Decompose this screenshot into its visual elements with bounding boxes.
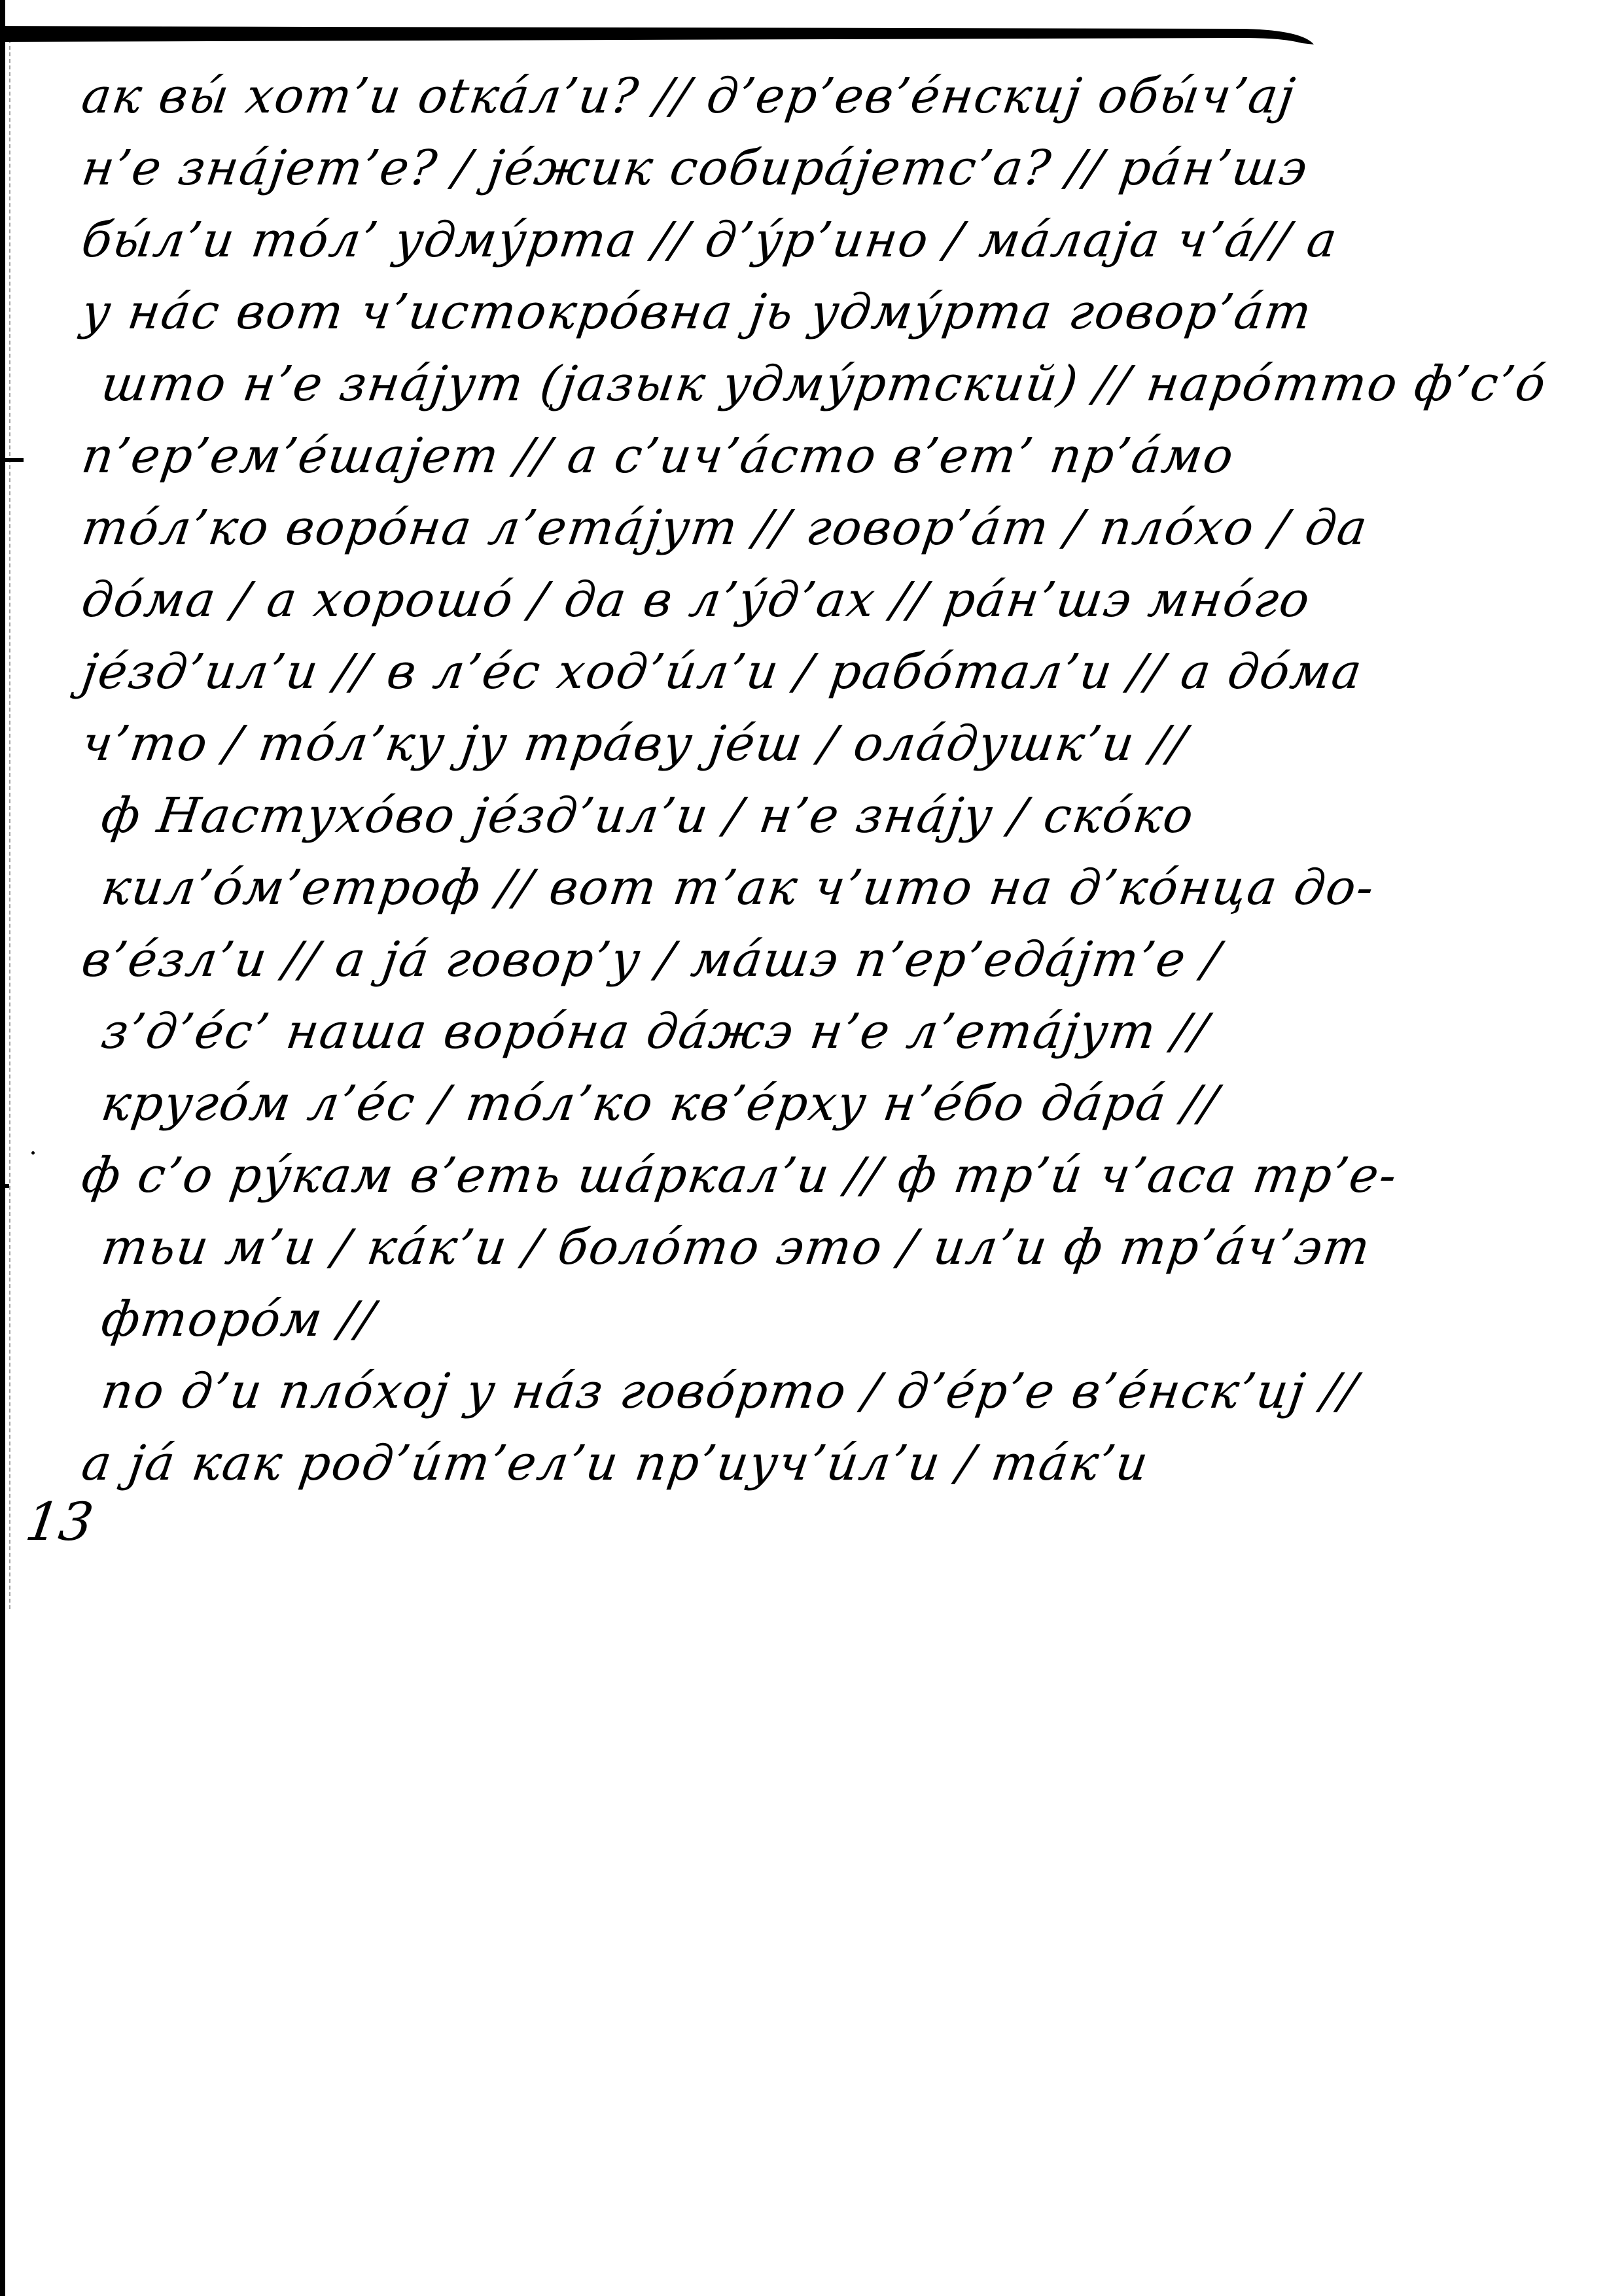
scanned-page: ак вы́ хот’и оtка́л’и? // д’ер’ев’е́нски… [0, 0, 1607, 2296]
text-line-5: што н’е зна́jут (jазык удму́ртский) // н… [77, 348, 1330, 420]
text-line-17: тьи м’и / ка́к’и / боло́то это / ил’и ф … [77, 1211, 1330, 1283]
text-line-13: в’е́зл’и // а jа́ говор’у / ма́шэ п’ер’е… [77, 924, 1330, 996]
scan-edge-dashes [9, 39, 12, 1609]
text-line-18: фторо́м // [77, 1283, 1330, 1355]
text-line-2: н’е зна́jет’е? / jе́жик собира́jетс’а? /… [77, 132, 1330, 204]
text-line-15: круго́м л’е́с / то́л’ко кв’е́рху н’е́бо … [77, 1068, 1330, 1139]
text-line-19: по д’и пло́хоj у на́з гово́рто / д’е́р’е… [77, 1355, 1330, 1427]
margin-mark [0, 1184, 9, 1188]
text-line-10: ч’то / то́л’ку jу тра́ву jéш / ола́душк’… [77, 708, 1330, 780]
scan-edge-left [0, 0, 5, 2296]
top-border-rule [0, 25, 1315, 44]
margin-page-number: 13 [22, 1491, 97, 1552]
text-line-3: бы́л’и то́л’ удму́рта // д’у́р’ино / ма́… [77, 204, 1330, 276]
text-line-9: jе́зд’ил’и // в л’е́с ход’и́л’и / рабо́т… [77, 636, 1330, 708]
scan-speck [31, 1151, 35, 1155]
text-line-16: ф с’о ру́кам в’еть ша́ркал’и // ф тр’и́ … [77, 1139, 1330, 1211]
text-line-7: то́л’ко воро́на л’ета́jут // говор’а́т /… [77, 492, 1330, 564]
text-line-11: ф Настухо́во jе́зд’ил’и / н’е зна́jу / с… [77, 780, 1330, 852]
margin-mark [0, 458, 24, 462]
handwritten-text-block: ак вы́ хот’и оtка́л’и? // д’ер’ев’е́нски… [77, 60, 1320, 1499]
text-line-6: п’ер’ем’е́шаjет // а с’ич’а́сто в’ет’ пр… [77, 420, 1330, 492]
text-line-4: у на́с вот ч’истокро́вна jь удму́рта гов… [77, 276, 1330, 348]
text-line-12: кил’о́м’етроф // вот т’ак ч’ито на д’ко́… [77, 852, 1330, 924]
text-line-1: ак вы́ хот’и оtка́л’и? // д’ер’ев’е́нски… [77, 60, 1330, 132]
text-line-14: з’д’е́с’ наша воро́на да́жэ н’е л’ета́jу… [77, 996, 1330, 1068]
text-line-20: а jа́ как род’и́т’ел’и пр’иуч’и́л’и / та… [77, 1427, 1330, 1499]
text-line-8: до́ма / а хорошо́ / да в л’у́д’ах // ра́… [77, 564, 1330, 636]
